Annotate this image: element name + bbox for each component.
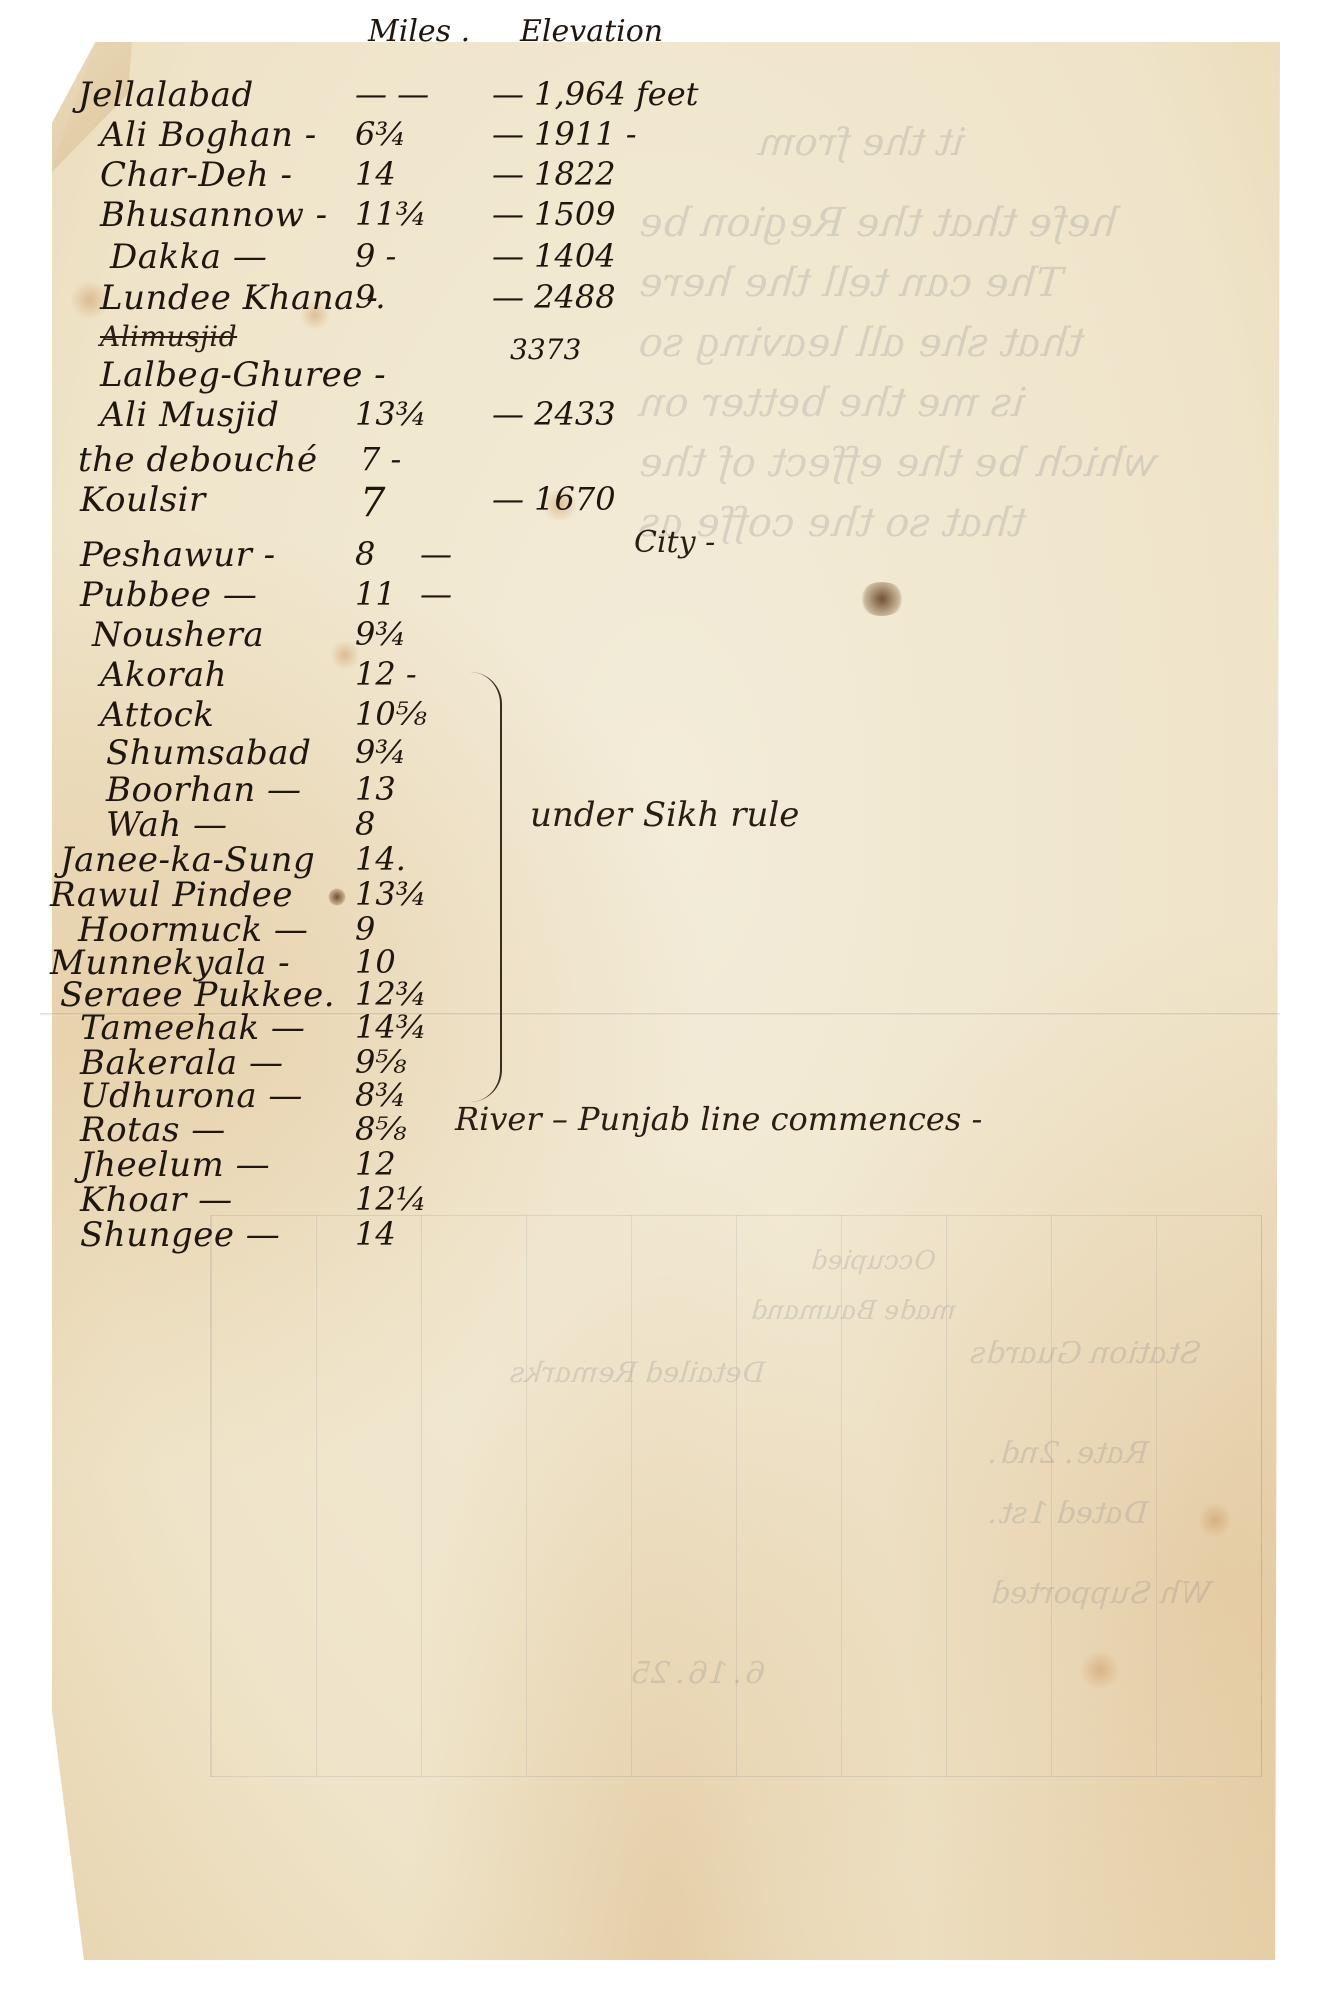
bracket-sikh-rule [470,672,502,1102]
bleed-through-table: Occupied made Baumand Detailed Remarks S… [210,1215,1262,1777]
header-elevation: Elevation [520,14,663,49]
foxing-spot [1080,1650,1120,1690]
annotation-city: City - [634,525,715,560]
annotation-sikh-rule: under Sikh rule [530,795,799,835]
ink-blot [328,888,346,906]
header-miles: Miles . [368,14,470,49]
ink-blot [858,582,906,616]
annotation-punjab-line: River – Punjab line commences - [455,1100,982,1138]
foxing-spot [1200,1500,1230,1540]
